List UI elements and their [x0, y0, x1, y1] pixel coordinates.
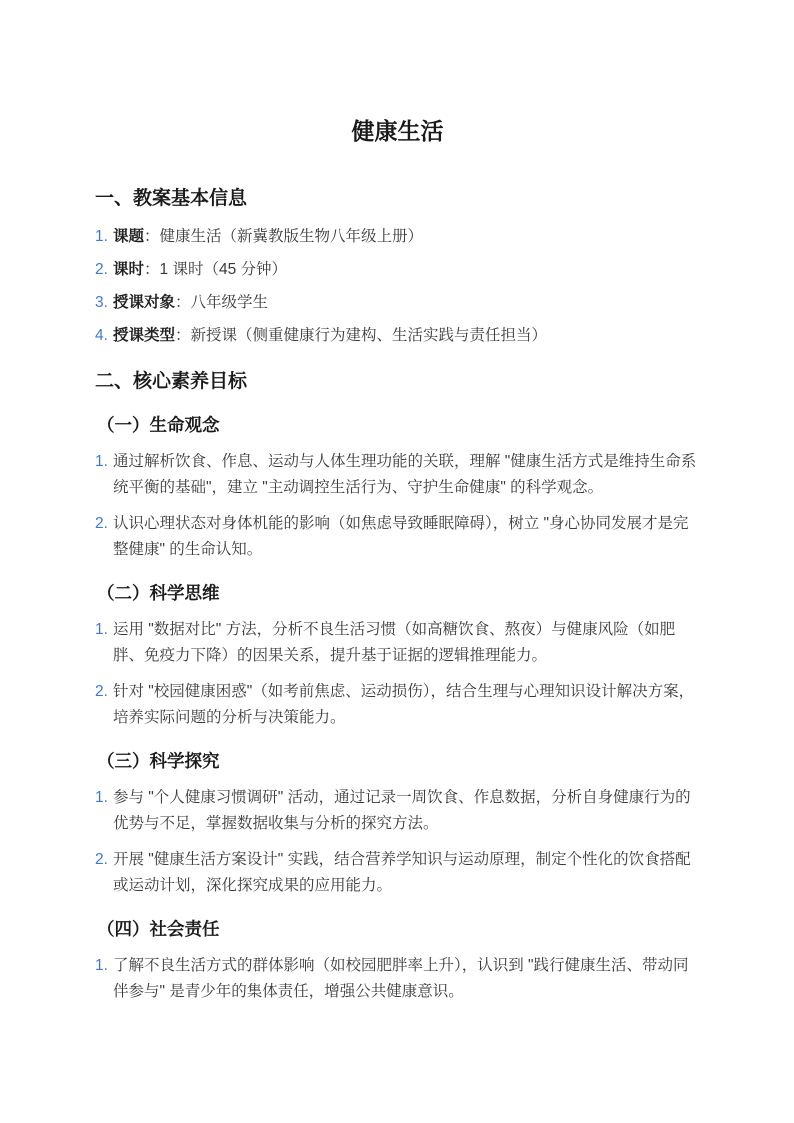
item-value: 1 课时（45 分钟）	[160, 261, 287, 278]
scientific-inquiry-list: 1. 参与 "个人健康习惯调研" 活动，通过记录一周饮食、作息数据，分析自身健康…	[95, 785, 700, 899]
subsection-social-responsibility-heading: （四）社会责任	[97, 917, 700, 941]
goal-item: 2. 针对 "校园健康困惑"（如考前焦虑、运动损伤），结合生理与心理知识设计解决…	[95, 679, 700, 731]
goal-item: 1. 运用 "数据对比" 方法，分析不良生活习惯（如高糖饮食、熬夜）与健康风险（…	[95, 617, 700, 669]
basic-info-text: 课题：健康生活（新冀教版生物八年级上册）	[113, 224, 700, 250]
item-value: 新授课（侧重健康行为建构、生活实践与责任担当）	[191, 327, 548, 344]
item-separator: ：	[144, 228, 160, 245]
basic-info-text: 课时：1 课时（45 分钟）	[113, 257, 700, 283]
goal-item: 1. 通过解析饮食、作息、运动与人体生理功能的关联，理解 "健康生活方式是维持生…	[95, 449, 700, 501]
basic-info-item: 2. 课时：1 课时（45 分钟）	[95, 257, 700, 283]
item-separator: ：	[144, 261, 160, 278]
goal-text: 开展 "健康生活方案设计" 实践，结合营养学知识与运动原理，制定个性化的饮食搭配…	[113, 847, 700, 899]
list-number: 4.	[95, 323, 113, 349]
basic-info-item: 3. 授课对象：八年级学生	[95, 290, 700, 316]
basic-info-list: 1. 课题：健康生活（新冀教版生物八年级上册） 2. 课时：1 课时（45 分钟…	[95, 224, 700, 349]
list-number: 3.	[95, 290, 113, 316]
list-number: 1.	[95, 224, 113, 250]
section-core-goals-heading: 二、核心素养目标	[95, 369, 700, 395]
list-number: 1.	[95, 953, 113, 979]
scientific-thinking-list: 1. 运用 "数据对比" 方法，分析不良生活习惯（如高糖饮食、熬夜）与健康风险（…	[95, 617, 700, 731]
item-separator: ：	[175, 327, 191, 344]
basic-info-item: 1. 课题：健康生活（新冀教版生物八年级上册）	[95, 224, 700, 250]
list-number: 1.	[95, 785, 113, 811]
basic-info-text: 授课类型：新授课（侧重健康行为建构、生活实践与责任担当）	[113, 323, 700, 349]
subsection-life-concept-heading: （一）生命观念	[97, 413, 700, 437]
goal-item: 1. 了解不良生活方式的群体影响（如校园肥胖率上升），认识到 "践行健康生活、带…	[95, 953, 700, 1005]
basic-info-text: 授课对象：八年级学生	[113, 290, 700, 316]
item-separator: ：	[175, 294, 191, 311]
goal-item: 1. 参与 "个人健康习惯调研" 活动，通过记录一周饮食、作息数据，分析自身健康…	[95, 785, 700, 837]
goal-text: 通过解析饮食、作息、运动与人体生理功能的关联，理解 "健康生活方式是维持生命系统…	[113, 449, 700, 501]
item-label: 授课对象	[113, 294, 175, 311]
item-value: 健康生活（新冀教版生物八年级上册）	[160, 228, 424, 245]
goal-text: 认识心理状态对身体机能的影响（如焦虑导致睡眠障碍），树立 "身心协同发展才是完整…	[113, 511, 700, 563]
item-label: 课题	[113, 228, 144, 245]
basic-info-item: 4. 授课类型：新授课（侧重健康行为建构、生活实践与责任担当）	[95, 323, 700, 349]
list-number: 2.	[95, 257, 113, 283]
section-basic-info-heading: 一、教案基本信息	[95, 186, 700, 212]
goal-text: 针对 "校园健康困惑"（如考前焦虑、运动损伤），结合生理与心理知识设计解决方案，…	[113, 679, 700, 731]
goal-text: 运用 "数据对比" 方法，分析不良生活习惯（如高糖饮食、熬夜）与健康风险（如肥胖…	[113, 617, 700, 669]
item-label: 课时	[113, 261, 144, 278]
goal-text: 了解不良生活方式的群体影响（如校园肥胖率上升），认识到 "践行健康生活、带动同伴…	[113, 953, 700, 1005]
list-number: 2.	[95, 511, 113, 537]
list-number: 1.	[95, 617, 113, 643]
subsection-scientific-inquiry-heading: （三）科学探究	[97, 749, 700, 773]
document-title: 健康生活	[95, 116, 700, 146]
list-number: 2.	[95, 679, 113, 705]
goal-item: 2. 认识心理状态对身体机能的影响（如焦虑导致睡眠障碍），树立 "身心协同发展才…	[95, 511, 700, 563]
social-responsibility-list: 1. 了解不良生活方式的群体影响（如校园肥胖率上升），认识到 "践行健康生活、带…	[95, 953, 700, 1005]
life-concept-list: 1. 通过解析饮食、作息、运动与人体生理功能的关联，理解 "健康生活方式是维持生…	[95, 449, 700, 563]
list-number: 1.	[95, 449, 113, 475]
item-label: 授课类型	[113, 327, 175, 344]
list-number: 2.	[95, 847, 113, 873]
goal-item: 2. 开展 "健康生活方案设计" 实践，结合营养学知识与运动原理，制定个性化的饮…	[95, 847, 700, 899]
goal-text: 参与 "个人健康习惯调研" 活动，通过记录一周饮食、作息数据，分析自身健康行为的…	[113, 785, 700, 837]
document-page: 健康生活 一、教案基本信息 1. 课题：健康生活（新冀教版生物八年级上册） 2.…	[0, 0, 794, 1123]
item-value: 八年级学生	[191, 294, 269, 311]
subsection-scientific-thinking-heading: （二）科学思维	[97, 581, 700, 605]
